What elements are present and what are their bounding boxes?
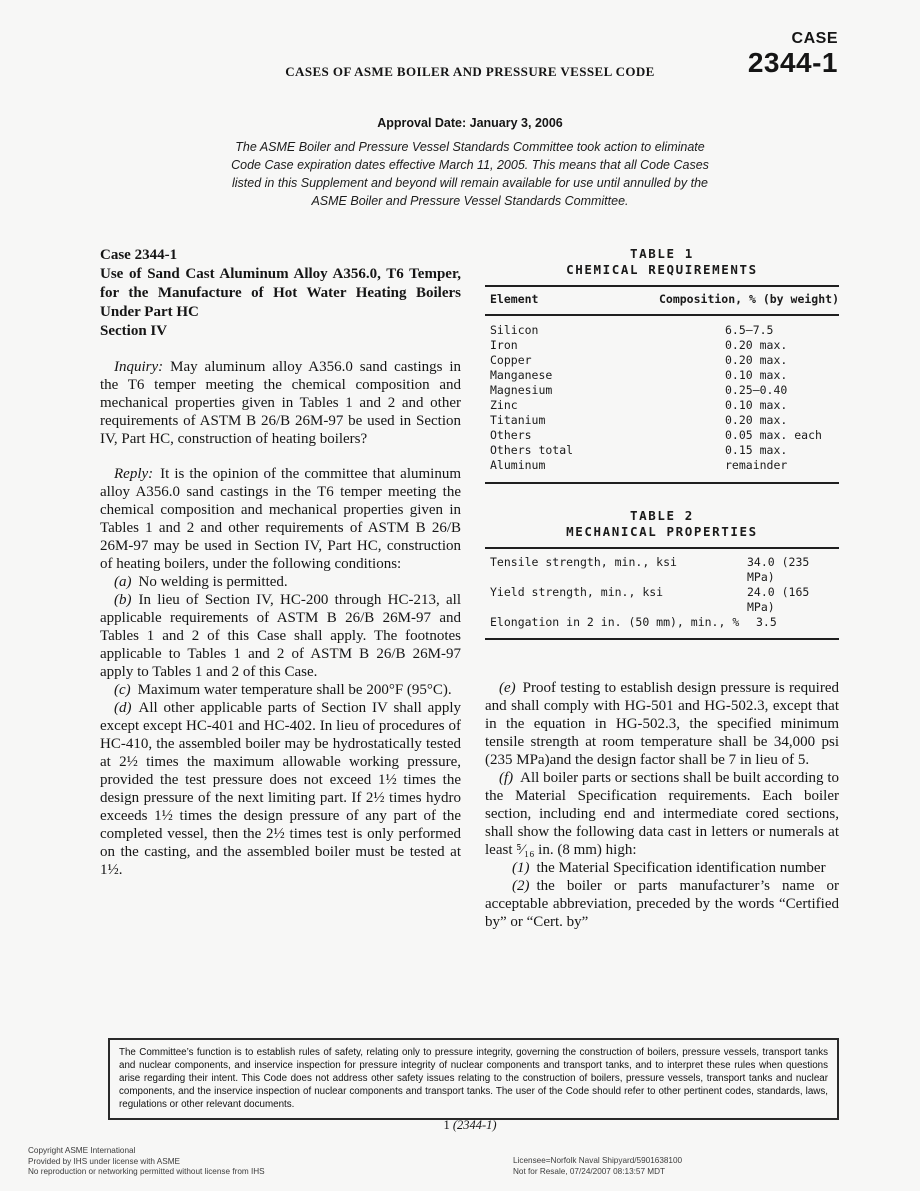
cell-element: Others — [485, 428, 725, 443]
table-row: Magnesium0.25–0.40 — [485, 383, 839, 398]
inquiry-label: Inquiry: — [114, 359, 163, 375]
reply-text: It is the opinion of the committee that … — [100, 466, 461, 572]
license-line: Not for Resale, 07/24/2007 08:13:57 MDT — [513, 1167, 682, 1178]
approval-date: Approval Date: January 3, 2006 — [100, 116, 840, 130]
right-column: TABLE 1 CHEMICAL REQUIREMENTS Element Co… — [485, 246, 839, 931]
reply-paragraph: Reply:It is the opinion of the committee… — [100, 465, 461, 573]
table-1-header-row: Element Composition, % (by weight) — [485, 287, 839, 316]
cell-composition: 0.15 max. — [725, 443, 839, 458]
left-column: Case 2344-1 Use of Sand Cast Aluminum Al… — [100, 246, 461, 879]
cell-element: Magnesium — [485, 383, 725, 398]
cell-element: Zinc — [485, 398, 725, 413]
condition-c-text: Maximum water temperature shall be 200°F… — [138, 682, 452, 698]
case-number: 2344-1 — [748, 48, 838, 78]
cell-element: Titanium — [485, 413, 725, 428]
case-title-text: Use of Sand Cast Aluminum Alloy A356.0, … — [100, 265, 461, 322]
table-1-grid: Element Composition, % (by weight) Silic… — [485, 285, 839, 484]
table-row: Titanium0.20 max. — [485, 413, 839, 428]
table-2-caption: MECHANICAL PROPERTIES — [485, 524, 839, 540]
reply-label: Reply: — [114, 466, 153, 482]
cell-composition: 6.5–7.5 — [725, 323, 839, 338]
condition-f: (f)All boiler parts or sections shall be… — [485, 769, 839, 859]
case-title-block: Case 2344-1 Use of Sand Cast Aluminum Al… — [100, 246, 461, 341]
condition-b: (b)In lieu of Section IV, HC-200 through… — [100, 591, 461, 681]
condition-f-label: (f) — [499, 770, 513, 786]
cell-element: Others total — [485, 443, 725, 458]
page-number-value: 1 — [443, 1118, 449, 1132]
column-header-element: Element — [485, 292, 659, 307]
table-1-title: TABLE 1 CHEMICAL REQUIREMENTS — [485, 246, 839, 278]
cell-element: Aluminum — [485, 458, 725, 473]
document-page: CASES OF ASME BOILER AND PRESSURE VESSEL… — [0, 0, 920, 1191]
cell-property: Tensile strength, min., ksi — [485, 555, 747, 585]
condition-e-text: Proof testing to establish design pressu… — [485, 680, 839, 768]
condition-a-label: (a) — [114, 574, 132, 590]
condition-c-label: (c) — [114, 682, 131, 698]
case-number-block: CASE 2344-1 — [748, 30, 838, 78]
table-row: Aluminumremainder — [485, 458, 839, 473]
approval-notice: The ASME Boiler and Pressure Vessel Stan… — [228, 138, 712, 210]
condition-b-label: (b) — [114, 592, 132, 608]
condition-c: (c)Maximum water temperature shall be 20… — [100, 681, 461, 699]
cell-element: Silicon — [485, 323, 725, 338]
copyright-line: Copyright ASME International — [28, 1146, 265, 1157]
condition-f-text: All boiler parts or sections shall be bu… — [485, 770, 839, 858]
table-2-title: TABLE 2 MECHANICAL PROPERTIES — [485, 508, 839, 540]
cell-value: 3.5 — [747, 615, 839, 630]
condition-b-text: In lieu of Section IV, HC-200 through HC… — [100, 592, 461, 680]
table-row: Tensile strength, min., ksi34.0 (235 MPa… — [485, 555, 839, 585]
cell-composition: 0.25–0.40 — [725, 383, 839, 398]
subitem-1: (1)the Material Specification identifica… — [485, 859, 839, 877]
condition-a: (a)No welding is permitted. — [100, 573, 461, 591]
table-row: Manganese0.10 max. — [485, 368, 839, 383]
case-label: CASE — [748, 30, 838, 48]
table-row: Yield strength, min., ksi24.0 (165 MPa) — [485, 585, 839, 615]
table-row: Elongation in 2 in. (50 mm), min., %3.5 — [485, 615, 839, 630]
condition-a-text: No welding is permitted. — [139, 574, 288, 590]
table-row: Copper0.20 max. — [485, 353, 839, 368]
cell-value: 24.0 (165 MPa) — [747, 585, 839, 615]
cell-composition: 0.20 max. — [725, 353, 839, 368]
cell-element: Copper — [485, 353, 725, 368]
table-2-number: TABLE 2 — [485, 508, 839, 524]
condition-d-label: (d) — [114, 700, 132, 716]
cell-element: Manganese — [485, 368, 725, 383]
cell-property: Elongation in 2 in. (50 mm), min., % — [485, 615, 747, 630]
table-2: TABLE 2 MECHANICAL PROPERTIES Tensile st… — [485, 508, 839, 640]
condition-e: (e)Proof testing to establish design pre… — [485, 679, 839, 769]
case-section: Section IV — [100, 322, 461, 341]
page-number: 1 (2344-1) — [100, 1118, 840, 1133]
committee-note-box: The Committee’s function is to establish… — [108, 1038, 839, 1120]
cell-composition: 0.20 max. — [725, 413, 839, 428]
table-row: Silicon6.5–7.5 — [485, 323, 839, 338]
copyright-line: Provided by IHS under license with ASME — [28, 1157, 265, 1168]
cell-element: Iron — [485, 338, 725, 353]
cell-composition: 0.10 max. — [725, 398, 839, 413]
table-row: Zinc0.10 max. — [485, 398, 839, 413]
cell-composition: 0.10 max. — [725, 368, 839, 383]
license-line: Licensee=Norfolk Naval Shipyard/59016381… — [513, 1156, 682, 1167]
table-1-body: Silicon6.5–7.5 Iron0.20 max. Copper0.20 … — [485, 316, 839, 482]
column-header-composition: Composition, % (by weight) — [659, 292, 839, 307]
copyright-block: Copyright ASME International Provided by… — [28, 1146, 265, 1178]
inquiry-paragraph: Inquiry:May aluminum alloy A356.0 sand c… — [100, 358, 461, 448]
publication-title: CASES OF ASME BOILER AND PRESSURE VESSEL… — [100, 64, 840, 80]
page-case-reference: (2344-1) — [453, 1118, 497, 1132]
subitem-2-text: the boiler or parts manufacturer’s name … — [485, 878, 839, 930]
case-heading: Case 2344-1 — [100, 246, 461, 265]
condition-d-text: All other applicable parts of Section IV… — [100, 700, 461, 878]
table-1: TABLE 1 CHEMICAL REQUIREMENTS Element Co… — [485, 246, 839, 484]
table-row: Others total0.15 max. — [485, 443, 839, 458]
cell-composition: 0.20 max. — [725, 338, 839, 353]
cell-composition: 0.05 max. each — [725, 428, 839, 443]
copyright-line: No reproduction or networking permitted … — [28, 1167, 265, 1178]
subitem-1-label: (1) — [512, 860, 530, 876]
cell-property: Yield strength, min., ksi — [485, 585, 747, 615]
table-row: Others0.05 max. each — [485, 428, 839, 443]
condition-e-label: (e) — [499, 680, 516, 696]
cell-value: 34.0 (235 MPa) — [747, 555, 839, 585]
table-2-grid: Tensile strength, min., ksi34.0 (235 MPa… — [485, 547, 839, 640]
table-1-number: TABLE 1 — [485, 246, 839, 262]
table-1-caption: CHEMICAL REQUIREMENTS — [485, 262, 839, 278]
cell-composition: remainder — [725, 458, 839, 473]
subitem-2: (2)the boiler or parts manufacturer’s na… — [485, 877, 839, 931]
license-block: Licensee=Norfolk Naval Shipyard/59016381… — [513, 1156, 682, 1177]
table-row: Iron0.20 max. — [485, 338, 839, 353]
condition-d: (d)All other applicable parts of Section… — [100, 699, 461, 879]
subitem-2-label: (2) — [512, 878, 530, 894]
subitem-1-text: the Material Specification identificatio… — [537, 860, 826, 876]
